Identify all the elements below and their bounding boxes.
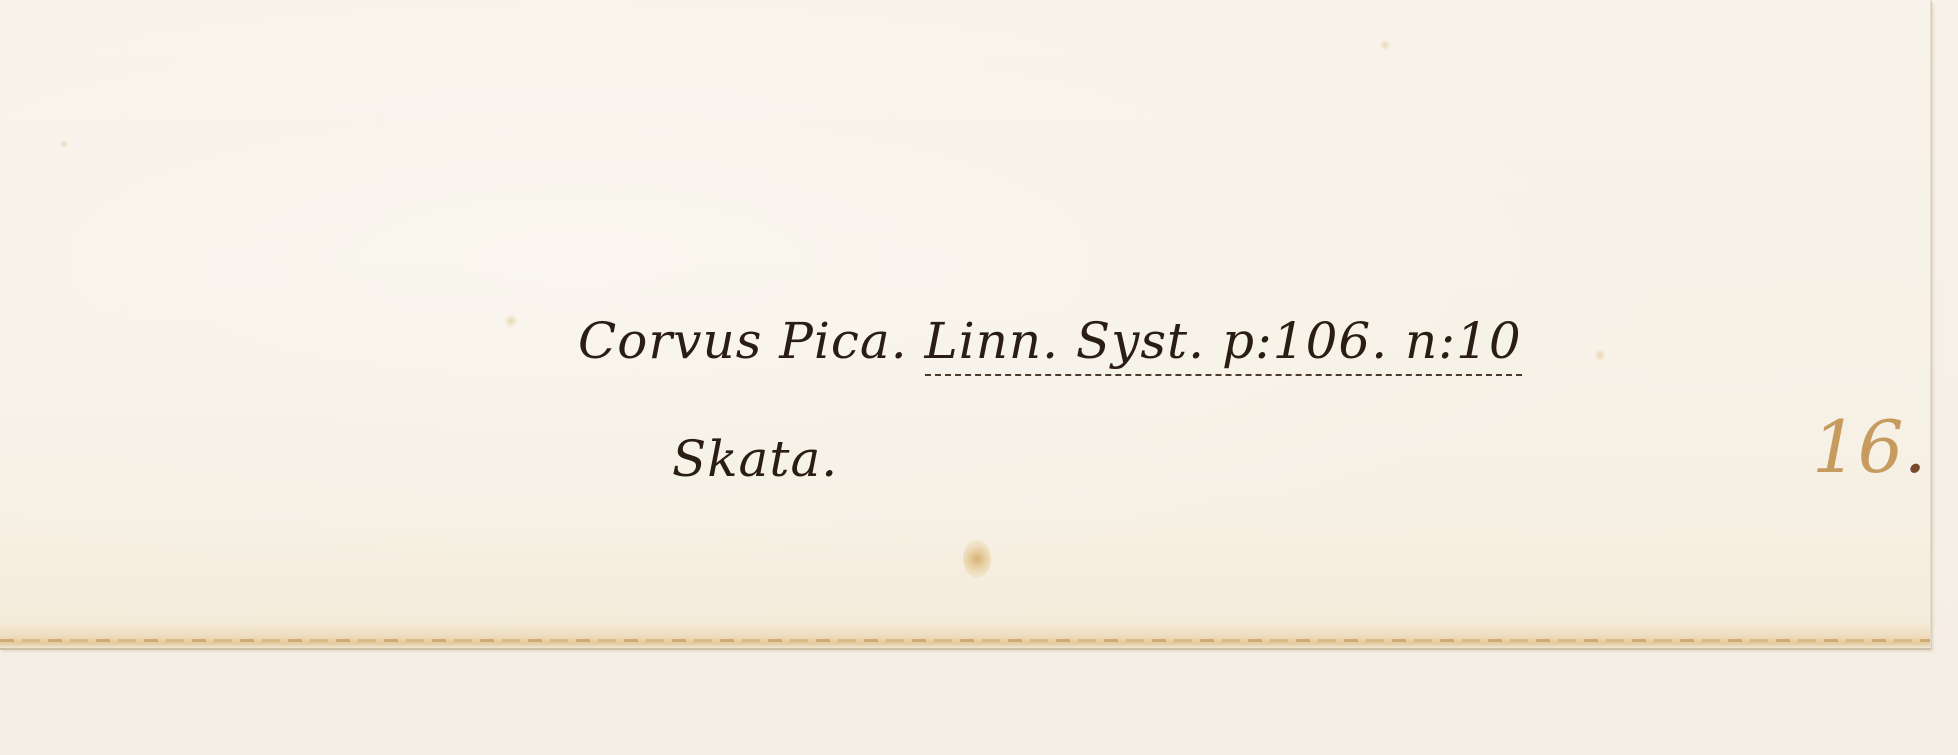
paper-sheet: Corvus Pica. Linn. Syst. p:106. n:10 Ska… <box>0 0 1931 648</box>
paper-edge-line <box>0 648 1930 650</box>
plate-number-dot: . <box>1904 405 1927 489</box>
inscription-line-1: Corvus Pica. Linn. Syst. p:106. n:10 <box>578 312 1522 370</box>
mount-board: Corvus Pica. Linn. Syst. p:106. n:10 Ska… <box>0 0 1958 755</box>
stained-bottom-edge <box>0 622 1930 648</box>
linnaeus-reference: Linn. Syst. p:106. n:10 <box>925 312 1522 376</box>
foxing-spot <box>1380 40 1390 50</box>
foxing-spot <box>60 140 68 148</box>
species-name: Corvus Pica. <box>578 312 908 370</box>
plate-number-value: 16 <box>1812 405 1904 489</box>
foxing-spot <box>1595 350 1605 360</box>
plate-number: 16. <box>1812 405 1927 489</box>
inscription-line-2: Skata. <box>672 430 838 488</box>
foxing-spot <box>505 315 517 327</box>
foxing-spot <box>963 540 991 578</box>
